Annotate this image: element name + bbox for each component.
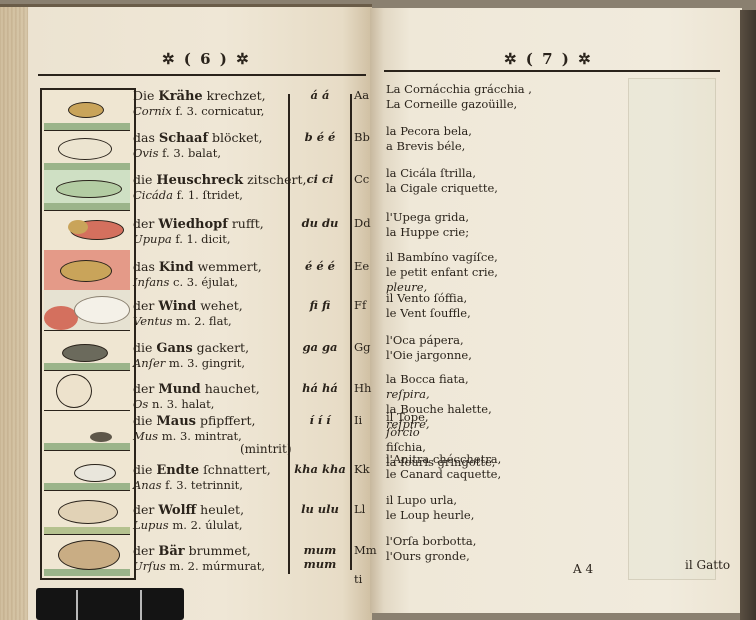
- bottom-fragment: ti: [354, 572, 372, 586]
- it-fr-goose: l'Oca pápera,l'Oie jargonne,: [386, 333, 472, 363]
- letter-h: Hh: [354, 381, 372, 395]
- right-page-number: ✲ ( 7 ) ✲: [504, 50, 593, 68]
- column-rule-letter: [350, 94, 352, 570]
- entry-goose: die Gans gackert,Anſer m. 3. gingrit,: [133, 340, 293, 371]
- signature-mark: A 4: [573, 562, 593, 576]
- crow-woodcut: [44, 90, 130, 131]
- wolf-woodcut: [44, 490, 130, 535]
- mintrit-note: (mintrit): [240, 442, 292, 456]
- letter-l: Ll: [354, 502, 372, 516]
- entry-sheep: das Schaaf blöcket,Ovis f. 3. balat,: [133, 130, 293, 161]
- goose-woodcut: [44, 330, 130, 371]
- binder-clip: [36, 588, 184, 620]
- it-fr-hoopoe: l'Upega grida,la Huppe crie;: [386, 210, 469, 240]
- woodcut-column: [40, 88, 136, 580]
- sound-g: ga ga: [292, 340, 348, 354]
- sound-m: mum mum: [292, 543, 348, 571]
- it-fr-wolf: il Lupo urla,le Loup heurle,: [386, 493, 474, 523]
- letter-i: Ii: [354, 413, 372, 427]
- letter-c: Cc: [354, 172, 372, 186]
- sound-d: du du: [292, 216, 348, 230]
- page-edges: [0, 7, 28, 620]
- sound-c: ci ci: [292, 172, 348, 186]
- bear-woodcut: [44, 534, 130, 576]
- it-fr-duck: l'Anitra chécchetra,le Canard caquette,: [386, 452, 501, 482]
- it-fr-sheep: la Pecora bela,a Brevis béle,: [386, 124, 472, 154]
- letter-e: Ee: [354, 259, 372, 273]
- hoopoe-woodcut: [44, 210, 130, 251]
- entry-wolf: der Wolff heulet,Lupus m. 2. úlulat,: [133, 502, 293, 533]
- entry-mouse: die Maus pfipffert,Mus m. 3. mintrat,: [133, 413, 293, 444]
- it-fr-crow: La Cornácchia grácchia ,La Corneille gaz…: [386, 82, 532, 112]
- sound-b: b é é: [292, 130, 348, 144]
- it-fr-infant: il Bambíno vagíſce,le petit enfant crie,…: [386, 250, 498, 295]
- show-through-woodcut: [628, 78, 716, 580]
- it-fr-grasshopper: la Cicála ſtrilla,la Cigale criquette,: [386, 166, 498, 196]
- letter-d: Dd: [354, 216, 372, 230]
- entry-crow: Die Krähe krechzet,Cornix f. 3. cornicat…: [133, 88, 293, 119]
- sound-h: há há: [292, 381, 348, 395]
- book-spread: ✲ ( 6 ) ✲ ✲ ( 7 ) ✲ Die Krähe krechzet,C…: [0, 0, 756, 620]
- catchword: il Gatto: [685, 558, 730, 572]
- sound-i: í í í: [292, 413, 348, 427]
- left-page-number: ✲ ( 6 ) ✲: [162, 50, 251, 68]
- sound-a: á á: [292, 88, 348, 102]
- it-fr-bear: l'Orſa borbotta,l'Ours gronde,: [386, 534, 476, 564]
- left-header-rule: [38, 74, 366, 76]
- letter-k: Kk: [354, 462, 372, 476]
- entry-infant: das Kind wemmert,Infans c. 3. éjulat,: [133, 259, 293, 290]
- infant-woodcut: [44, 250, 130, 291]
- wind-woodcut: [44, 290, 130, 331]
- letter-b: Bb: [354, 130, 372, 144]
- sound-k: kha kha: [292, 462, 348, 476]
- entry-bear: der Bär brummet,Urſus m. 2. múrmurat,: [133, 543, 293, 574]
- letter-g: Gg: [354, 340, 372, 354]
- mouse-woodcut: [44, 410, 130, 451]
- right-header-rule: [384, 70, 720, 72]
- letter-a: Aa: [354, 88, 372, 102]
- mouth-woodcut: [44, 370, 130, 411]
- sound-l: lu ulu: [292, 502, 348, 516]
- entry-hoopoe: der Wiedhopf rufft,Upupa f. 1. dicit,: [133, 216, 293, 247]
- duck-woodcut: [44, 450, 130, 491]
- sound-f: fi fi: [292, 298, 348, 312]
- letter-f: Ff: [354, 298, 372, 312]
- entry-duck: die Endte ſchnattert,Anas f. 3. tetrinni…: [133, 462, 293, 493]
- grasshopper-woodcut: [44, 170, 130, 211]
- sound-e: é é é: [292, 259, 348, 273]
- entry-mouth: der Mund hauchet,Os n. 3. halat,: [133, 381, 293, 412]
- entry-wind: der Wind wehet,Ventus m. 2. flat,: [133, 298, 293, 329]
- sheep-woodcut: [44, 130, 130, 171]
- entry-grasshopper: die Heuschreck zitschert,Cicáda f. 1. ſt…: [133, 172, 293, 203]
- letter-m: Mm: [354, 543, 372, 557]
- book-cover-edge: [740, 10, 756, 620]
- it-fr-wind: il Vento ſóffia,le Vent ſouffle,: [386, 291, 471, 321]
